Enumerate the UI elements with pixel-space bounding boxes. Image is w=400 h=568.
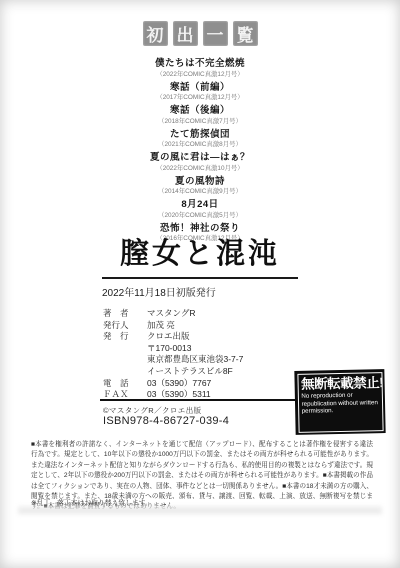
- colophon-row: 東京都豊島区東池袋3-7-7: [103, 354, 243, 366]
- publication-item: たて筋探偵団 （2021年COMIC真激8月号）: [0, 130, 400, 149]
- story-title: 僕たちは不完全燃焼: [0, 59, 400, 69]
- publication-item: 僕たちは不完全燃焼 （2022年COMIC真激12月号）: [0, 59, 400, 78]
- publication-item: 寒話（前編） （2017年COMIC真激12月号）: [0, 83, 400, 102]
- publication-item: 夏の風に君は―はぁ？ （2022年COMIC真激10月号）: [0, 153, 400, 172]
- header-stamp-char: 覧: [233, 21, 258, 46]
- colophon-page: 初 出 一 覧 僕たちは不完全燃焼 （2022年COMIC真激12月号） 寒話（…: [0, 0, 400, 568]
- colophon-row: イーストテラスビル8F: [103, 366, 243, 378]
- colophon-label: 発 行: [103, 331, 139, 343]
- no-reproduction-jp-text: 無断転載禁止!: [301, 375, 378, 392]
- scan-artifact: [18, 506, 382, 514]
- colophon-label: [103, 343, 139, 355]
- address-line: 東京都豊島区東池袋3-7-7: [147, 354, 243, 366]
- author-name: マスタングR: [147, 308, 195, 320]
- story-title: 恐怖！神社の祭り: [0, 224, 400, 234]
- colophon-label: 発行人: [103, 320, 139, 332]
- publication-item: 寒話（後編） （2018年COMIC真激7月号）: [0, 106, 400, 125]
- colophon-row: 電 話 03（5390）7767: [103, 378, 243, 390]
- story-first-publication-date: （2022年COMIC真激12月号）: [0, 71, 400, 78]
- building-line: イーストテラスビル8F: [147, 366, 233, 378]
- colophon-label: [103, 354, 139, 366]
- header-stamp-char: 出: [173, 21, 198, 46]
- colophon-row: 発 行 クロエ出版: [103, 331, 243, 343]
- postal-code: 〒170-0013: [147, 343, 191, 355]
- divider-rule: [100, 399, 300, 401]
- no-reproduction-en-text: No reproduction or republication without…: [301, 391, 378, 415]
- story-title: 寒話（後編）: [0, 106, 400, 116]
- first-publication-header: 初 出 一 覧: [0, 21, 400, 46]
- header-stamp-char: 初: [143, 21, 168, 46]
- publisher-name: クロエ出版: [147, 331, 190, 343]
- story-first-publication-date: （2017年COMIC真激12月号）: [0, 94, 400, 101]
- publisher-person: 加茂 亮: [147, 320, 175, 332]
- story-first-publication-date: （2018年COMIC真激7月号）: [0, 118, 400, 125]
- publisher-info: 著 者 マスタングR 発行人 加茂 亮 発 行 クロエ出版 〒170-0013 …: [103, 308, 243, 401]
- story-first-publication-date: （2014年COMIC真激9月号）: [0, 188, 400, 195]
- story-first-publication-date: （2021年COMIC真激8月号）: [0, 141, 400, 148]
- story-title: 夏の風物詩: [0, 177, 400, 187]
- edition-date: 2022年11月18日初版発行: [102, 284, 298, 299]
- story-title: たて筋探偵団: [0, 130, 400, 140]
- colophon-row: 〒170-0013: [103, 343, 243, 355]
- colophon-row: 著 者 マスタングR: [103, 308, 243, 320]
- book-title-block: 膣女と混沌 2022年11月18日初版発行: [102, 237, 298, 299]
- story-first-publication-date: （2020年COMIC真激5月号）: [0, 212, 400, 219]
- title-underline: [102, 277, 298, 279]
- colophon-row: 発行人 加茂 亮: [103, 320, 243, 332]
- phone-number: 03（5390）7767: [147, 378, 211, 390]
- isbn-number: ISBN978-4-86727-039-4: [103, 415, 229, 427]
- story-title: 寒話（前編）: [0, 83, 400, 93]
- no-reproduction-stamp-inner: 無断転載禁止! No reproduction or republication…: [297, 372, 383, 433]
- story-title: 8月24日: [0, 200, 400, 210]
- story-title: 夏の風に君は―はぁ？: [0, 153, 400, 163]
- colophon-label: [103, 366, 139, 378]
- first-publication-list: 僕たちは不完全燃焼 （2022年COMIC真激12月号） 寒話（前編） （201…: [0, 59, 400, 247]
- publication-item: 夏の風物詩 （2014年COMIC真激9月号）: [0, 177, 400, 196]
- story-first-publication-date: （2022年COMIC真激10月号）: [0, 165, 400, 172]
- header-stamp-char: 一: [203, 21, 228, 46]
- colophon-label: 電 話: [103, 378, 139, 390]
- book-title: 膣女と混沌: [102, 237, 298, 271]
- publication-item: 8月24日 （2020年COMIC真激5月号）: [0, 200, 400, 219]
- colophon-label: 著 者: [103, 308, 139, 320]
- no-reproduction-stamp: 無断転載禁止! No reproduction or republication…: [294, 369, 385, 435]
